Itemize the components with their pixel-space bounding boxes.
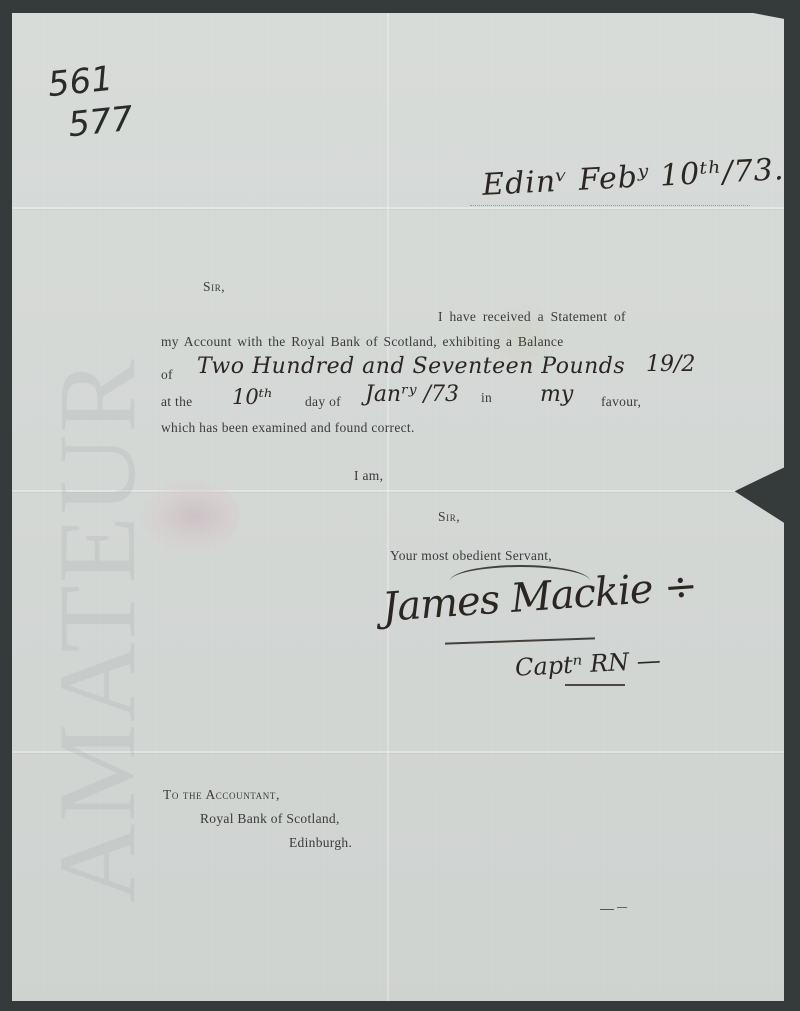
date-dotted-line [470,205,750,206]
body-line-4-day-of: day of [305,394,341,410]
wax-seal-stain [140,479,240,553]
closing-sir: Sir, [438,509,460,525]
handwritten-favour: my [540,382,573,407]
closing-servant: Your most obedient Servant, [390,548,552,564]
handwritten-shillings-pence: 19/2 [646,352,695,377]
catalog-numbers: 561 577 [46,56,135,148]
rank-underline [565,684,625,686]
body-line-1: I have received a Statement of [438,309,626,325]
address-line-2: Royal Bank of Scotland, [200,811,340,827]
fold-line-vertical [387,13,389,1001]
body-line-4-in: in [481,390,492,406]
salutation: Sir, [203,279,225,295]
handwritten-day: 10ᵗʰ [232,385,273,409]
closing-i-am: I am, [354,468,383,484]
address-line-3: Edinburgh. [289,835,352,851]
pencil-mark [600,909,614,910]
pencil-mark [617,907,627,908]
body-line-4-at: at the [161,394,192,410]
body-line-5: which has been examined and found correc… [161,420,415,436]
address-line-1: To the Accountant, [163,787,280,803]
scan-background: AMATEUR 561 577 Edinᵛ Febʸ 10ᵗʰ/73. Sir,… [0,0,800,1011]
body-line-2: my Account with the Royal Bank of Scotla… [161,334,564,350]
body-line-3-label: of [161,367,173,383]
catalog-number: 577 [66,98,135,147]
body-line-4-favour: favour, [601,394,641,410]
handwritten-amount: Two Hundred and Seventeen Pounds [197,354,625,379]
paper-watermark: AMATEUR [42,183,152,903]
handwritten-month: Janʳʸ /73 [365,382,459,407]
